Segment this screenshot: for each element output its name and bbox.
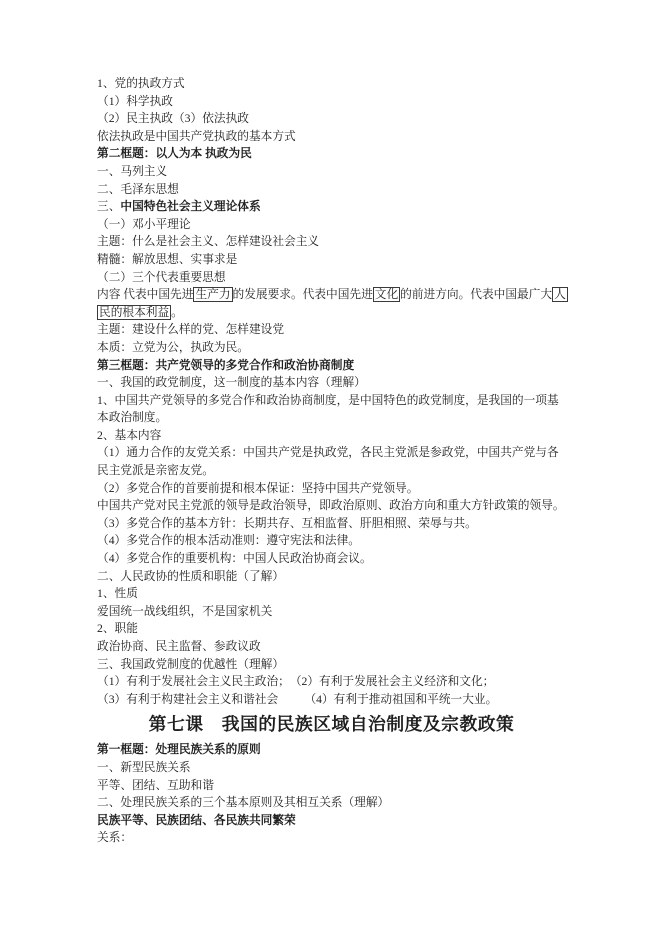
doc-line: 二、毛泽东思想 — [97, 181, 566, 199]
text-segment: （一）邓小平理论 — [97, 218, 191, 231]
text-segment: 一、马列主义 — [97, 165, 167, 178]
text-segment: （3）多党合作的基本方针：长期共存、互相监督、肝胆相照、荣辱与共。 — [97, 517, 477, 530]
text-segment: 内容 代表中国先进 — [97, 288, 193, 301]
doc-line: 主题：建设什么样的党、怎样建设党 — [97, 321, 566, 339]
doc-line: （1）有利于发展社会主义民主政治； （2）有利于发展社会主义经济和文化； — [97, 673, 566, 691]
doc-line: 依法执政是中国共产党执政的基本方式 — [97, 128, 566, 146]
doc-line: 本质：立党为公，执政为民。 — [97, 339, 566, 357]
doc-line: 一、我国的政党制度，这一制度的基本内容（理解） — [97, 374, 566, 392]
doc-line: 二、处理民族关系的三个基本原则及其相互关系（理解） — [97, 794, 566, 812]
boxed-term: 人 — [552, 287, 568, 302]
doc-line: （二）三个代表重要思想 — [97, 269, 566, 287]
text-segment: 二、处理民族关系的三个基本原则及其相互关系（理解） — [97, 796, 389, 809]
doc-line: 二、人民政协的性质和职能（了解） — [97, 568, 566, 586]
text-segment: 本政治制度。 — [97, 411, 167, 424]
doc-line: 精髓：解放思想、实事求是 — [97, 251, 566, 269]
bold-text-segment: 第三框题：共产党领导的多党合作和政治协商制度 — [97, 359, 354, 372]
doc-line: 民族平等、民族团结、各民族共同繁荣 — [97, 812, 566, 830]
text-segment: 1、党的执政方式 — [97, 77, 185, 90]
text-segment: 政治协商、民主监督、参政议政 — [97, 640, 261, 653]
doc-line: 三、我国政党制度的优越性（理解） — [97, 656, 566, 674]
text-segment: （1）科学执政 — [97, 95, 173, 108]
boxed-term: 生产力 — [193, 287, 232, 302]
text-segment: 中国共产党对民主党派的领导是政治领导，即政治原则、政治方向和重大方针政策的领导。 — [97, 499, 565, 512]
text-segment: 1、性质 — [97, 587, 138, 600]
text-segment: （3）有利于构建社会主义和谐社会 （4）有利于推动祖国和平统一大业。 — [97, 693, 497, 706]
doc-line: 三、中国特色社会主义理论体系 — [97, 198, 566, 216]
doc-line: 内容 代表中国先进生产力的发展要求。代表中国先进文化的前进方向。代表中国最广大人 — [97, 286, 566, 304]
boxed-term: 民的根本利益 — [97, 305, 171, 320]
text-segment: 2、基本内容 — [97, 429, 161, 442]
doc-line: 2、职能 — [97, 620, 566, 638]
text-segment: （1）有利于发展社会主义民主政治； （2）有利于发展社会主义经济和文化； — [97, 675, 494, 688]
doc-line: 民的根本利益。 — [97, 304, 566, 322]
text-segment: 民主党派是亲密友党。 — [97, 464, 214, 477]
doc-line: 关系： — [97, 829, 566, 847]
text-segment: （1）通力合作的友党关系：中国共产党是执政党，各民主党派是参政党，中国共产党与各 — [97, 446, 559, 459]
doc-line: 1、性质 — [97, 585, 566, 603]
doc-line: 第一框题：处理民族关系的原则 — [97, 741, 566, 759]
doc-line: 主题：什么是社会主义、怎样建设社会主义 — [97, 233, 566, 251]
text-segment: （2）民主执政（3）依法执政 — [97, 112, 249, 125]
text-segment: 主题：建设什么样的党、怎样建设党 — [97, 323, 284, 336]
text-segment: 的前进方向。代表中国最广大 — [400, 288, 552, 301]
doc-line: 本政治制度。 — [97, 409, 566, 427]
text-segment: 依法执政是中国共产党执政的基本方式 — [97, 130, 296, 143]
doc-line: （3）有利于构建社会主义和谐社会 （4）有利于推动祖国和平统一大业。 — [97, 691, 566, 709]
text-segment: 2、职能 — [97, 622, 138, 635]
doc-line: 第三框题：共产党领导的多党合作和政治协商制度 — [97, 357, 566, 375]
text-segment: 一、我国的政党制度，这一制度的基本内容（理解） — [97, 376, 366, 389]
doc-line: 爱国统一战线组织，不是国家机关 — [97, 603, 566, 621]
text-segment: 关系： — [97, 831, 132, 844]
bold-text-segment: 民族平等、民族团结、各民族共同繁荣 — [97, 814, 296, 827]
doc-line: （2）民主执政（3）依法执政 — [97, 110, 566, 128]
boxed-term: 文化 — [373, 287, 400, 302]
text-segment: 三、 — [97, 200, 120, 213]
doc-line: 2、基本内容 — [97, 427, 566, 445]
doc-line: 1、党的执政方式 — [97, 75, 566, 93]
text-segment: 三、我国政党制度的优越性（理解） — [97, 658, 284, 671]
text-segment: 二、毛泽东思想 — [97, 183, 179, 196]
text-segment: （4）多党合作的根本活动准则：遵守宪法和法律。 — [97, 534, 360, 547]
bold-text-segment: 第七课 我国的民族区域自治制度及宗教政策 — [149, 714, 515, 734]
doc-line: 平等、团结、互助和谐 — [97, 777, 566, 795]
doc-line: （2）多党合作的首要前提和根本保证：坚持中国共产党领导。 — [97, 480, 566, 498]
doc-line: 一、马列主义 — [97, 163, 566, 181]
doc-line: 一、新型民族关系 — [97, 759, 566, 777]
doc-line: （1）科学执政 — [97, 93, 566, 111]
text-segment: （2）多党合作的首要前提和根本保证：坚持中国共产党领导。 — [97, 482, 418, 495]
bold-text-segment: 第一框题：处理民族关系的原则 — [97, 743, 261, 756]
text-segment: 一、新型民族关系 — [97, 761, 191, 774]
text-segment: （二）三个代表重要思想 — [97, 271, 226, 284]
document-page: 1、党的执政方式（1）科学执政（2）民主执政（3）依法执政依法执政是中国共产党执… — [0, 0, 662, 936]
doc-line: 第二框题：以人为本 执政为民 — [97, 145, 566, 163]
bold-text-segment: 第二框题：以人为本 执政为民 — [97, 147, 252, 160]
doc-line: （4）多党合作的重要机构：中国人民政治协商会议。 — [97, 550, 566, 568]
text-segment: 爱国统一战线组织，不是国家机关 — [97, 605, 272, 618]
document-content: 1、党的执政方式（1）科学执政（2）民主执政（3）依法执政依法执政是中国共产党执… — [97, 75, 566, 847]
doc-line: 民主党派是亲密友党。 — [97, 462, 566, 480]
text-segment: 二、人民政协的性质和职能（了解） — [97, 570, 284, 583]
text-segment: 本质：立党为公，执政为民。 — [97, 341, 249, 354]
text-segment: 平等、团结、互助和谐 — [97, 779, 214, 792]
text-segment: 1、中国共产党领导的多党合作和政治协商制度，是中国特色的政党制度，是我国的一项基 — [97, 394, 559, 407]
doc-line: 1、中国共产党领导的多党合作和政治协商制度，是中国特色的政党制度，是我国的一项基 — [97, 392, 566, 410]
doc-line: 政治协商、民主监督、参政议政 — [97, 638, 566, 656]
text-segment: （4）多党合作的重要机构：中国人民政治协商会议。 — [97, 552, 372, 565]
text-segment: 精髓：解放思想、实事求是 — [97, 253, 237, 266]
text-segment: 主题：什么是社会主义、怎样建设社会主义 — [97, 235, 319, 248]
text-segment: 。 — [171, 306, 183, 319]
doc-line: （一）邓小平理论 — [97, 216, 566, 234]
doc-line: （1）通力合作的友党关系：中国共产党是执政党，各民主党派是参政党，中国共产党与各 — [97, 444, 566, 462]
lesson-title: 第七课 我国的民族区域自治制度及宗教政策 — [97, 708, 566, 741]
doc-line: （4）多党合作的根本活动准则：遵守宪法和法律。 — [97, 532, 566, 550]
doc-line: 中国共产党对民主党派的领导是政治领导，即政治原则、政治方向和重大方针政策的领导。 — [97, 497, 566, 515]
bold-text-segment: 中国特色社会主义理论体系 — [120, 200, 260, 213]
text-segment: 的发展要求。代表中国先进 — [233, 288, 373, 301]
doc-line: （3）多党合作的基本方针：长期共存、互相监督、肝胆相照、荣辱与共。 — [97, 515, 566, 533]
